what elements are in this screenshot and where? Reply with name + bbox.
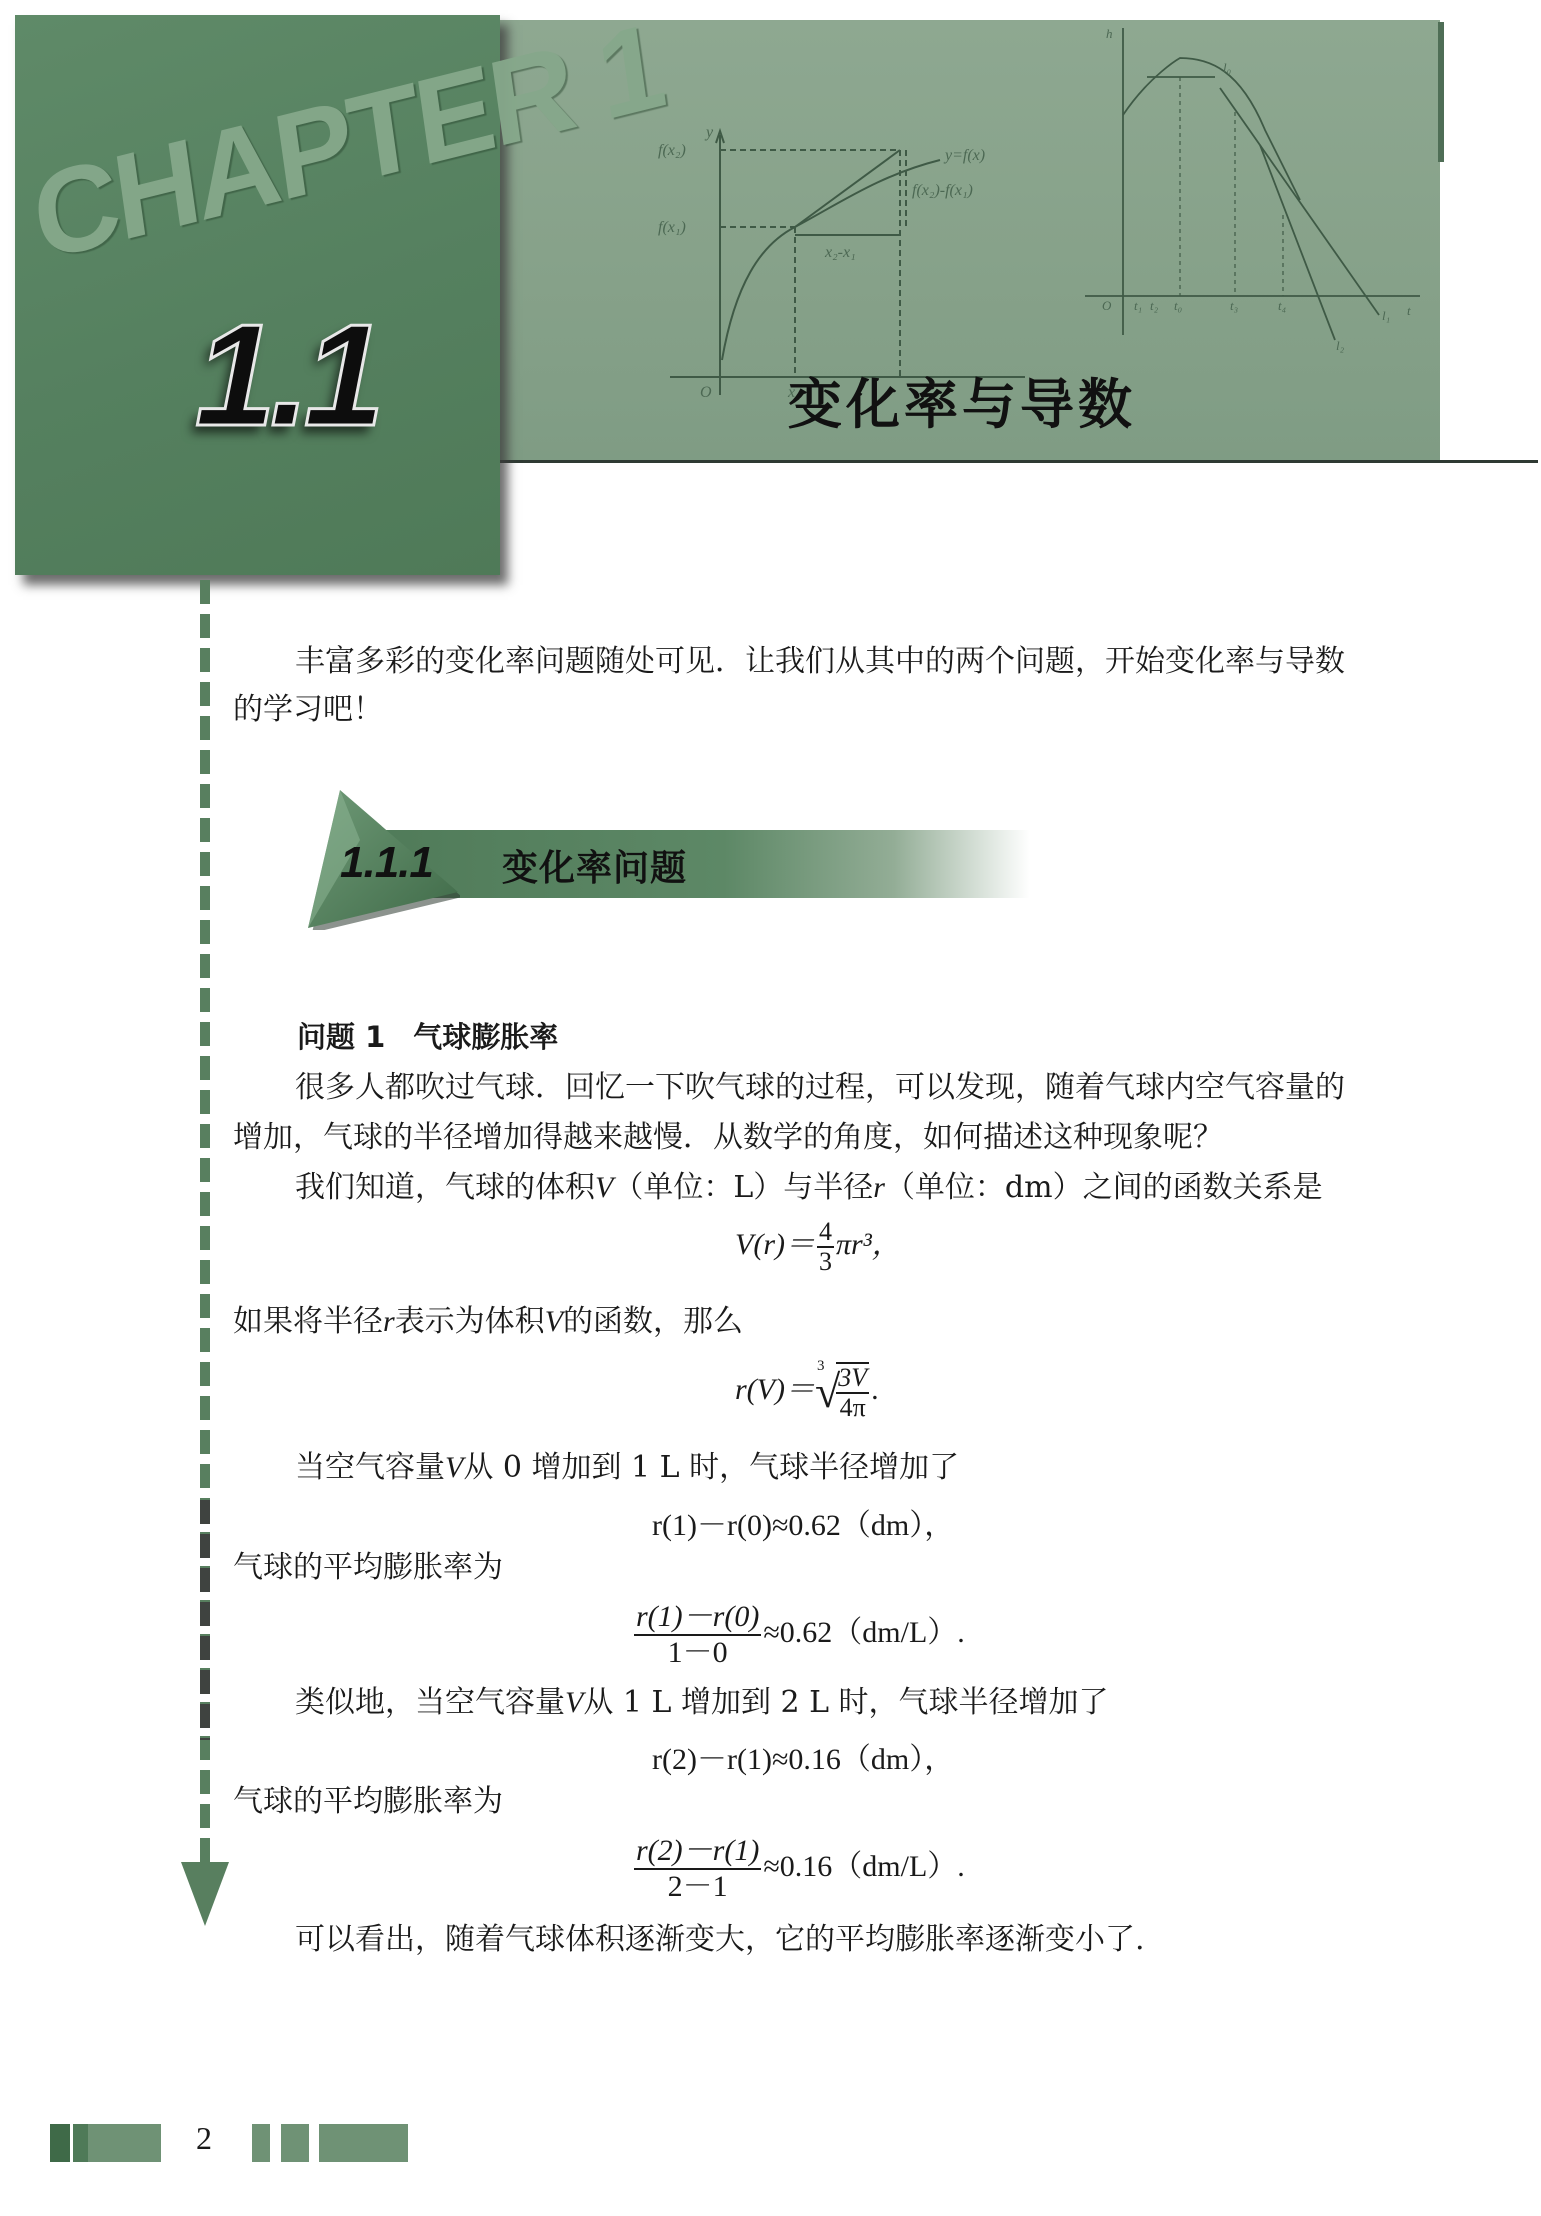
line-l0-label: l₀ <box>1223 60 1231 75</box>
intro-line-2: 的学习吧！ <box>233 686 383 734</box>
equation-radius-increase-1: r(1)－r(0)≈0.62（dm）， <box>652 1500 954 1544</box>
equation-radius-increase-2: r(2)－r(1)≈0.16（dm）， <box>652 1734 954 1778</box>
section-title: 变化率问题 <box>502 840 687 891</box>
fraction: r(1)－r(0)1－0 <box>634 1600 761 1670</box>
footer-decor-block <box>252 2124 270 2162</box>
text: 如果将半径 <box>233 1304 383 1339</box>
text: 我们知道，气球的体积 <box>295 1170 595 1205</box>
numerator: 4 <box>817 1218 834 1248</box>
tick-t4: t₄ <box>1278 298 1287 313</box>
eq-lhs: V(r)＝ <box>735 1228 815 1261</box>
text: 类似地，当空气容量 <box>295 1685 565 1720</box>
dashed-progress-line-dark <box>200 1500 210 1740</box>
header-rule <box>500 460 1538 463</box>
footer-decor-block <box>73 2124 88 2162</box>
h-axis-label: h <box>1106 26 1113 41</box>
dx-label: x₂-x₁ <box>824 244 856 261</box>
text: 从 1 L 增加到 2 L 时，气球半径增加了 <box>583 1685 1108 1720</box>
denominator: 1－0 <box>634 1636 761 1670</box>
y-axis-label: y <box>704 124 714 141</box>
tick-t1: t₁ <box>1134 298 1142 313</box>
down-arrow-icon <box>181 1862 229 1926</box>
denominator: 2－1 <box>634 1870 761 1904</box>
text: 当空气容量 <box>295 1450 445 1485</box>
denominator: 3 <box>817 1248 834 1276</box>
page-number: 2 <box>196 2120 212 2157</box>
paragraph-1-line-2: 增加，气球的半径增加得越来越慢．从数学的角度，如何描述这种现象呢？ <box>233 1114 1223 1162</box>
eq-rhs: πr³， <box>836 1228 902 1261</box>
t-axis-label: t <box>1407 303 1411 318</box>
numerator: 3V <box>836 1364 869 1394</box>
root-index: 3 <box>817 1358 825 1375</box>
paragraph-3: 如果将半径r表示为体积V的函数，那么 <box>233 1298 743 1346</box>
text: （单位：dm）之间的函数关系是 <box>885 1170 1323 1205</box>
text: 的函数，那么 <box>563 1304 743 1339</box>
tick-t2: t₂ <box>1150 298 1159 313</box>
var-r: r <box>873 1171 885 1204</box>
problem-title-text: 气球膨胀率 <box>413 1020 558 1054</box>
paragraph-1-line-1: 很多人都吹过气球．回忆一下吹气球的过程，可以发现，随着气球内空气容量的 <box>295 1064 1345 1112</box>
eq-end: . <box>871 1373 879 1406</box>
intro-line-1: 丰富多彩的变化率问题随处可见．让我们从其中的两个问题，开始变化率与导数 <box>295 638 1345 686</box>
equation-average-rate-1: r(1)－r(0)1－0≈0.62（dm/L）. <box>632 1600 965 1670</box>
equation-radius: r(V)＝ 3 √3V4π . <box>735 1362 879 1422</box>
paragraph-4: 当空气容量V从 0 增加到 1 L 时，气球半径增加了 <box>295 1444 959 1492</box>
dy-label: f(x₂)-f(x₁) <box>912 182 973 199</box>
section-number-badge: 1.1 <box>195 300 455 450</box>
numerator: r(1)－r(0) <box>634 1600 761 1636</box>
footer-decor-block <box>88 2124 161 2162</box>
var-V: V <box>545 1305 563 1338</box>
equation-average-rate-2: r(2)－r(1)2－1≈0.16（dm/L）. <box>632 1834 965 1904</box>
fraction: 3V4π <box>836 1362 869 1422</box>
problem-label: 问题 1 <box>297 1020 385 1054</box>
var-r: r <box>383 1305 395 1338</box>
text: 表示为体积 <box>395 1304 545 1339</box>
line-l2-label: l₂ <box>1336 338 1345 353</box>
footer-decor-block <box>50 2124 70 2162</box>
fx2-label: f(x₂) <box>658 142 686 159</box>
equation-volume: V(r)＝43πr³， <box>735 1218 902 1276</box>
footer-decor-block <box>319 2124 408 2162</box>
header-edge <box>1438 22 1444 162</box>
problem-title: 问题 1气球膨胀率 <box>297 1013 558 1061</box>
paragraph-2: 我们知道，气球的体积V（单位：L）与半径r（单位：dm）之间的函数关系是 <box>295 1164 1323 1212</box>
var-V: V <box>445 1451 463 1484</box>
section-number: 1.1.1 <box>340 838 433 888</box>
paragraph-7: 气球的平均膨胀率为 <box>233 1778 503 1826</box>
denominator: 4π <box>836 1394 869 1422</box>
tick-t3: t₃ <box>1230 298 1238 313</box>
curve-label: y=f(x) <box>943 147 985 164</box>
origin-label: O <box>700 384 712 401</box>
numerator: r(2)－r(1) <box>634 1834 761 1870</box>
fx1-label: f(x₁) <box>658 219 686 236</box>
var-V: V <box>565 1686 583 1719</box>
line-l1-label: l₁ <box>1382 308 1390 323</box>
eq-rhs: ≈0.62（dm/L）. <box>763 1616 964 1649</box>
paragraph-5: 气球的平均膨胀率为 <box>233 1544 503 1592</box>
footer-decor-block <box>281 2124 309 2162</box>
fraction: r(2)－r(1)2－1 <box>634 1834 761 1904</box>
tick-t0: t₀ <box>1174 298 1182 313</box>
var-V: V <box>595 1171 613 1204</box>
fraction: 43 <box>817 1218 834 1276</box>
paragraph-8: 可以看出，随着气球体积逐渐变大，它的平均膨胀率逐渐变小了. <box>295 1916 1145 1964</box>
eq-rhs: ≈0.16（dm/L）. <box>763 1850 964 1883</box>
text: 从 0 增加到 1 L 时，气球半径增加了 <box>463 1450 959 1485</box>
tangent-graph-figure: h t O t₁ t₂ t₀ t₃ t₄ l₀ l₁ l₂ <box>1040 20 1440 360</box>
eq-lhs: r(V)＝ <box>735 1373 815 1406</box>
origin-label-right: O <box>1102 298 1112 313</box>
chapter-title: 变化率与导数 <box>788 362 1136 439</box>
paragraph-6: 类似地，当空气容量V从 1 L 增加到 2 L 时，气球半径增加了 <box>295 1679 1109 1727</box>
text: （单位：L）与半径 <box>613 1170 873 1205</box>
